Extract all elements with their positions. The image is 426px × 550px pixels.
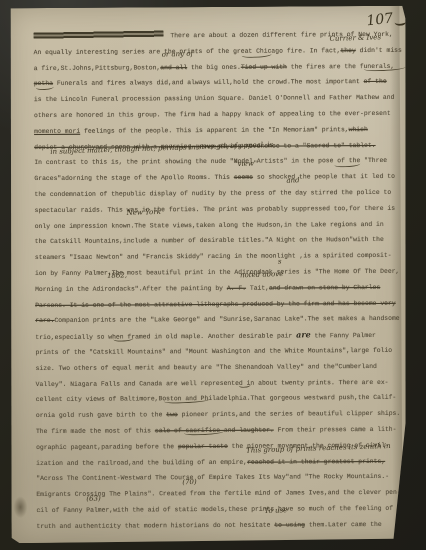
typewritten-text: momento mori	[34, 128, 80, 135]
struck-text: rare.	[35, 317, 54, 324]
struck-text: Tied up with	[241, 63, 287, 70]
struck-text: reached it in their greatest prints,	[247, 457, 385, 465]
paper-stain	[162, 545, 222, 550]
scanned-page-background: 107 There are about a dozen different fi…	[0, 0, 426, 550]
handwritten-annotation: (70)	[182, 478, 197, 486]
handwritten-annotation: or any of	[162, 49, 194, 58]
typewritten-text: size. Two others of equal merit and beau…	[36, 363, 377, 372]
struck-text: Parsons. It is one of the most attractiv…	[35, 299, 396, 308]
manuscript-text: There are about a dozen different fire p…	[33, 27, 404, 535]
handwritten-annotation: Currier & Ives	[329, 33, 381, 43]
typewritten-text: Funerals and fires always did,and always…	[53, 78, 364, 87]
typewritten-text: the condemnation of thepublic display of…	[34, 189, 391, 198]
typewritten-text: steamers "Isaac Newton" and "Francis Ski…	[35, 252, 392, 261]
typewritten-text: others are honored in this group. The fi…	[34, 110, 391, 119]
typewritten-text: spectacular raids. This was in the forti…	[35, 205, 396, 214]
handwritten-annotation: To use	[264, 506, 287, 515]
typewritten-text: Companion prints are the "Lake George" a…	[54, 315, 399, 324]
typewritten-text: the Fanny Palmer	[311, 332, 376, 339]
struck-text: A. F.	[227, 285, 246, 292]
obliterated-text-mark	[33, 30, 163, 40]
struck-text: two	[166, 411, 178, 418]
typewritten-text: Morning in the Adirondacks".After the pa…	[35, 285, 227, 293]
typewritten-text: From their presses came a lith-	[274, 426, 397, 434]
handwritten-annotation: (63)	[86, 495, 101, 503]
handwritten-annotation: "view"	[234, 160, 257, 169]
typewritten-text: Valley". Niagara Falls and Canada are we…	[36, 378, 389, 387]
typewritten-text: The firm made the most of this	[36, 427, 155, 435]
struck-text: of the	[364, 78, 387, 85]
handwritten-annotation: 1862,	[107, 271, 127, 280]
handwritten-annotation: and	[286, 176, 299, 184]
typewritten-text: ion by Fanny Palmer.The most beautiful p…	[35, 268, 399, 277]
typewritten-text: ization and the railroad,and the buildin…	[36, 458, 247, 466]
typewritten-text: Tait,	[246, 284, 269, 291]
typewritten-text: the Catskill Mountains,include a number …	[35, 236, 384, 245]
typewritten-text: prints of the "Catskill Mountains" and "…	[35, 347, 392, 356]
typewritten-text: is the Lincoln Funeral procession passin…	[34, 94, 395, 103]
struck-text: which	[349, 126, 368, 133]
typewritten-text: a fire,St.Johns,Pittsburg,Boston,	[34, 64, 161, 72]
typewritten-text: ornia gold rush gave birth to the	[36, 411, 166, 419]
typewritten-text: feelings of the people. This is apparent…	[80, 126, 348, 135]
handwritten-annotation: s	[278, 257, 282, 265]
typewritten-text: them.Later came the	[305, 521, 382, 528]
handwritten-annotation: noted above	[240, 270, 284, 279]
typewritten-text: cil of Fanny Palmer,with the aid of stat…	[36, 505, 393, 514]
typewritten-text: only one impression known.The State view…	[35, 220, 384, 229]
handwritten-word: are	[296, 330, 311, 340]
typewritten-text: "Across The Continent-Westward The Cours…	[36, 473, 389, 482]
typewritten-text: cellent city views of Baltimore,Boston a…	[36, 394, 397, 403]
typewritten-text: the big ones.	[187, 63, 241, 70]
typewritten-text: Graces"adorning the stage of the Apollo …	[34, 174, 233, 182]
struck-text: and drawn on stone by Charles	[269, 284, 380, 292]
struck-text: to using	[274, 521, 305, 528]
ink-smudge	[13, 496, 27, 518]
struck-text: popular taste	[178, 443, 228, 450]
text-line: truth and authenticity that modern histo…	[36, 517, 404, 535]
typewritten-text: ographic pageant,parading before the	[36, 443, 178, 451]
handwritten-annotation: New York	[126, 207, 161, 216]
typewritten-text: trio,especially so when framed in old ma…	[35, 333, 296, 342]
struck-text: seems	[234, 174, 253, 181]
typewritten-text: truth and authenticity that modern histo…	[37, 521, 275, 529]
typewritten-text: pioneer prints,and the series of beautif…	[178, 410, 400, 418]
typewritten-text: so shocked the people that it led to	[253, 173, 395, 181]
manuscript-page: 107 There are about a dozen different fi…	[8, 6, 408, 543]
struck-text: they	[340, 47, 355, 54]
struck-text: and all	[160, 64, 187, 71]
